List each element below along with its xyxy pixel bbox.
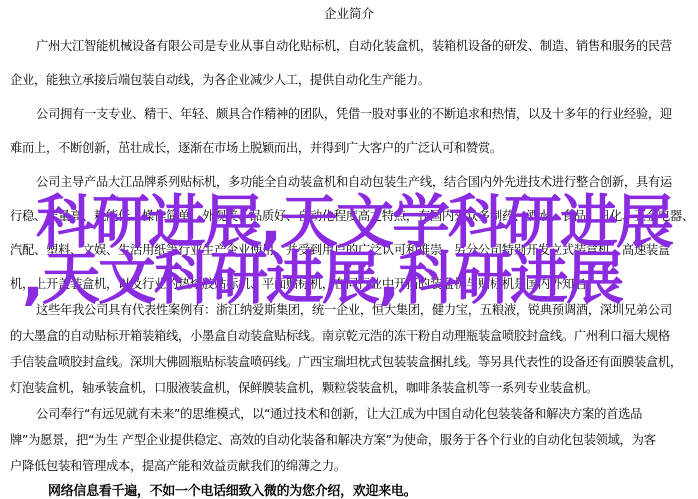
watermark-overlay-line-1: 科研进展,天文学科研进展 (36, 193, 672, 251)
paragraph-5-line-1: 公司奉行“有远见就有未来”的思维模式，以“通过技术和创新，让大江成为中国自动化包… (36, 405, 694, 423)
page-title: 企业简介 (0, 5, 698, 23)
paragraph-1-line-2: 企业，能独立承接后端包装自动线，为各企业减少人工，提供自动化生产能力。 (10, 71, 694, 89)
paragraph-2-line-2: 难而上，不断创新，茁壮成长，逐渐在市场上脱颖而出，并得到广大客户的广泛认可和赞赏… (10, 139, 694, 157)
paragraph-2-line-1: 公司拥有一支专业、精干、年轻、颇具合作精神的团队，凭借一股对事业的不断追求和热情… (36, 105, 694, 123)
paragraph-5-line-2: 牌”为愿景，把“为生 产型企业提供稳定、高效的自动化装备和解决方案”为使命，服务… (10, 431, 694, 449)
document-page: 企业简介 广州大江智能机械设备有限公司是专业从事自动化贴标机，自动化装盒机，装箱… (0, 0, 698, 499)
paragraph-5-line-3: 户降低包装和管理成本，提高产能和效益贡献我们的绵薄之力。 (10, 457, 694, 475)
paragraph-4-line-4: 灯泡装盒机，轴承装盒机，口服液装盒机，保鲜膜装盒机，颗粒袋装盒机，咖啡条装盒机等… (10, 379, 694, 397)
closing-line: 网络信息看千遍，不如一个电话细致入微的为您介绍，欢迎来电。 (48, 483, 698, 499)
paragraph-4-line-2: 的大墨盒的自动贴标开箱装箱线，小墨盒自动装盒贴标线。南京乾元浩的冻干粉自动理瓶装… (10, 327, 694, 345)
paragraph-1-line-1: 广州大江智能机械设备有限公司是专业从事自动化贴标机，自动化装盒机，装箱机设备的研… (36, 37, 694, 55)
paragraph-4-line-3: 手信装盒喷胶封盒线。深圳大佛圆瓶贴标装盒喷码线。广西宝瑞坦枕式包装装盒捆扎线。等… (10, 353, 694, 371)
watermark-overlay-line-2: ,天文科研进展,科研进展 (22, 249, 622, 307)
